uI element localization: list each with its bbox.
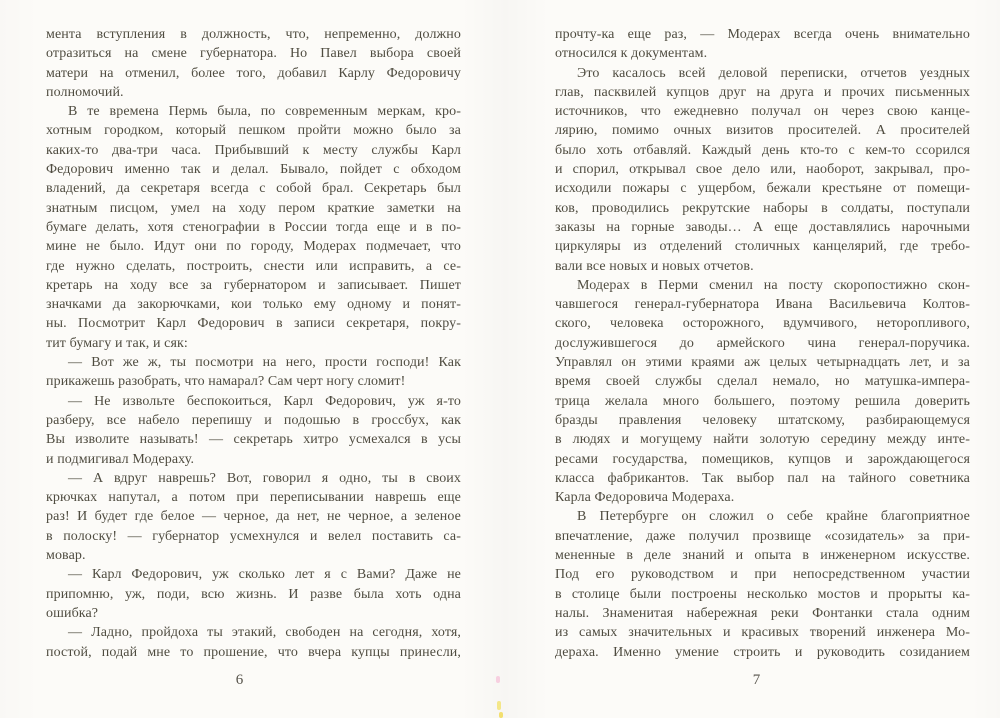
text-line: ны. Посмотрит Карл Федорович в записи се…	[46, 314, 461, 333]
text-line: знатным писцом, умел на ходу пером кратк…	[46, 199, 461, 218]
text-line: Модерах в Перми сменил на посту скоропос…	[555, 276, 970, 295]
page-right-text: прочту-ка еще раз, — Модерах всегда очен…	[555, 25, 970, 662]
text-line: Вы изволите называть! — секретарь хитро …	[46, 430, 461, 449]
text-line: постой, подай мне то прошение, что вчера…	[46, 643, 461, 662]
text-line: класса фабрикантов. Так выбор пал на тай…	[555, 469, 970, 488]
paragraph: Это касалось всей деловой переписки, отч…	[555, 64, 970, 276]
text-line: каких-то два-три часа. Прибывший к месту…	[46, 141, 461, 160]
text-line: тит бумагу и так, и сяк:	[46, 334, 461, 353]
text-line: и подмигивал Модераху.	[46, 450, 461, 469]
text-line: крючках напутал, а потом при переписыван…	[46, 488, 461, 507]
text-line: матери на отменил, более того, добавил К…	[46, 64, 461, 83]
text-line: В Петербурге он сложил о себе крайне бла…	[555, 507, 970, 526]
text-line: в людях и могущему найти золотую середин…	[555, 430, 970, 449]
text-line: Карла Федоровича Модераха.	[555, 488, 970, 507]
paragraph: В Петербурге он сложил о себе крайне бла…	[555, 507, 970, 661]
paragraph: — Не извольте беспокоиться, Карл Федоров…	[46, 392, 461, 469]
paragraph: В те времена Пермь была, по современным …	[46, 102, 461, 353]
paragraph: Модерах в Перми сменил на посту скоропос…	[555, 276, 970, 508]
text-line: ресами государства, помещиков, купцов и …	[555, 450, 970, 469]
text-line: исходили пожары с ущербом, бежали кресть…	[555, 179, 970, 198]
text-line: припомню, уж, поди, всю жизнь. И разве б…	[46, 585, 461, 604]
text-line: налы. Знаменитая набережная реки Фонтанк…	[555, 604, 970, 623]
text-line: вали все новых и новых отчетов.	[555, 257, 970, 276]
text-line: заказы на горные заводы… А еще доставлял…	[555, 218, 970, 237]
text-line: дераха. Именно умение строить и руководи…	[555, 643, 970, 662]
text-line: хотным городком, который пешком пройти м…	[46, 121, 461, 140]
text-line: ошибка?	[46, 604, 461, 623]
text-line: прикажешь разобрать, что намарал? Сам че…	[46, 372, 461, 391]
text-line: мента вступления в должность, что, непре…	[46, 25, 461, 44]
text-line: бразды правления человеку штатскому, раз…	[555, 411, 970, 430]
text-line: мененные в деле знаний и опыта в инженер…	[555, 546, 970, 565]
text-line: разберу, все набело перепишу и подошью в…	[46, 411, 461, 430]
text-line: где нужно сделать, построить, снести или…	[46, 257, 461, 276]
text-line: лярию, помимо очных визитов просителей. …	[555, 121, 970, 140]
text-line: владений, да секретаря всегда с собой бр…	[46, 179, 461, 198]
text-line: в столице были построены несколько мосто…	[555, 585, 970, 604]
text-line: ского, человека осторожного, вдумчивого,…	[555, 314, 970, 333]
text-line: мине не было. Идут они по городу, Модера…	[46, 237, 461, 256]
text-line: Управлял он этими краями аж целых четырн…	[555, 353, 970, 372]
book-spread: мента вступления в должность, что, непре…	[0, 0, 1000, 718]
text-line: и спорил, открывал свое дело или, наобор…	[555, 160, 970, 179]
text-line: полномочий.	[46, 83, 461, 102]
binding-mark-yellow	[497, 701, 501, 710]
paragraph: мента вступления в должность, что, непре…	[46, 25, 461, 102]
text-line: в полоску! — губернатор усмехнулся и вел…	[46, 527, 461, 546]
text-line: кретарь на ходу все за губернатором и за…	[46, 276, 461, 295]
text-line: время своей службы сделал немало, но мат…	[555, 372, 970, 391]
page-number-right: 7	[549, 672, 964, 689]
text-line: прочту-ка еще раз, — Модерах всегда очен…	[555, 25, 970, 44]
text-line: было хоть отбавляй. Каждый день кто-то с…	[555, 141, 970, 160]
paragraph: — Ладно, пройдоха ты этакий, свободен на…	[46, 623, 461, 662]
page-number-left: 6	[32, 672, 447, 689]
text-line: — Не извольте беспокоиться, Карл Федоров…	[46, 392, 461, 411]
text-line: циркуляры из отделений столичных канцеля…	[555, 237, 970, 256]
text-line: источников, что ежедневно получал он чер…	[555, 102, 970, 121]
text-line: значками да закорючками, кои только ему …	[46, 295, 461, 314]
text-line: бумаге делать, хотя стенографии в России…	[46, 218, 461, 237]
binding-mark-pink	[496, 676, 500, 683]
text-line: Федорович именно так и делал. Бывало, по…	[46, 160, 461, 179]
text-line: чавшегося генерал-губернатора Ивана Васи…	[555, 295, 970, 314]
text-line: трица желала много большего, поэтому реш…	[555, 392, 970, 411]
text-line: отразиться на смене губернатора. Но Паве…	[46, 44, 461, 63]
text-line: В те времена Пермь была, по современным …	[46, 102, 461, 121]
text-line: — Карл Федорович, уж сколько лет я с Вам…	[46, 565, 461, 584]
text-line: раз! И будет где белое — черное, да нет,…	[46, 507, 461, 526]
text-line: Под его руководством и при непосредствен…	[555, 565, 970, 584]
text-line: дослужившегося до армейского чина генера…	[555, 334, 970, 353]
text-line: ков, проводились рекрутские наборы в сол…	[555, 199, 970, 218]
text-line: мовар.	[46, 546, 461, 565]
paragraph: прочту-ка еще раз, — Модерах всегда очен…	[555, 25, 970, 64]
text-line: впечатление, даже получил прозвище «сози…	[555, 527, 970, 546]
page-left-text: мента вступления в должность, что, непре…	[46, 25, 461, 662]
text-line: глав, пасквилей купцов друг на друга и п…	[555, 83, 970, 102]
paragraph: — А вдруг наврешь? Вот, говорил я одно, …	[46, 469, 461, 565]
text-line: — А вдруг наврешь? Вот, говорил я одно, …	[46, 469, 461, 488]
binding-mark-yellow	[499, 712, 503, 718]
text-line: Это касалось всей деловой переписки, отч…	[555, 64, 970, 83]
text-line: из самых значительных и красивых творени…	[555, 623, 970, 642]
text-line: относился к документам.	[555, 44, 970, 63]
paragraph: — Карл Федорович, уж сколько лет я с Вам…	[46, 565, 461, 623]
paragraph: — Вот же ж, ты посмотри на него, прости …	[46, 353, 461, 392]
text-line: — Ладно, пройдоха ты этакий, свободен на…	[46, 623, 461, 642]
text-line: — Вот же ж, ты посмотри на него, прости …	[46, 353, 461, 372]
